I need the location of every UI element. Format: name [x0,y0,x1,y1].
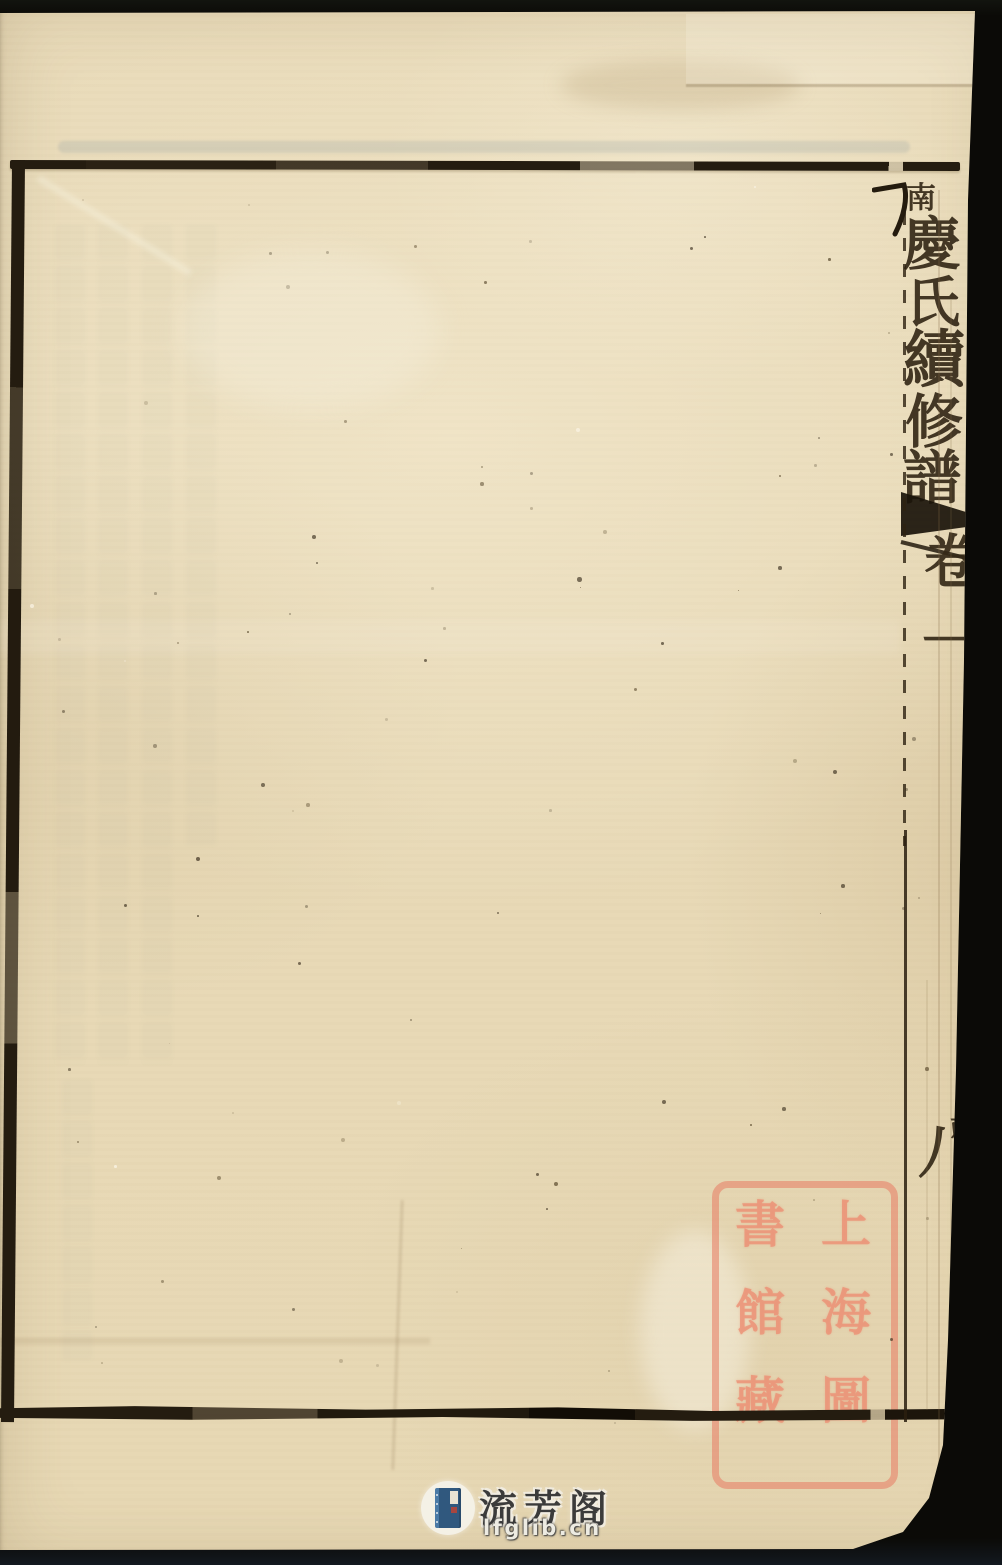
scanned-book-page: 上海圖 書館藏 南 慶 氏 續 修 譜 卷 一 卅 八 [0,0,1002,1565]
foxing-speck [580,587,581,588]
foxing-speck [424,659,427,662]
foxing-speck [292,810,294,812]
foxing-speck [306,803,310,807]
watermark-logo [421,1481,475,1535]
foxing-speck [549,809,552,812]
foxing-speck [546,1208,548,1210]
foxing-speck [778,566,782,570]
foxing-speck [484,281,487,284]
library-seal: 上海圖 書館藏 [712,1181,898,1489]
fore-edge-fold-line [950,300,952,1470]
foxing-speck [339,1359,343,1363]
foxing-speck [912,737,916,741]
foxing-speck [634,688,637,691]
foxing-speck [554,1182,558,1186]
volume-label: 卷 [924,534,982,592]
foxing-speck [818,437,820,439]
foxing-speck [101,1362,103,1364]
foxing-speck [704,236,706,238]
foxing-speck [414,245,417,248]
frame-corner-hook [872,182,914,240]
foxing-speck [603,530,607,534]
foxing-speck [217,1176,221,1180]
foxing-speck [385,718,388,721]
foxing-speck [344,420,347,423]
foxing-speck [248,204,250,206]
foxing-speck [497,912,499,914]
foxing-speck [779,475,781,477]
stitched-book-icon [435,1488,461,1528]
foxing-speck [530,472,533,475]
paper-stain [180,250,440,410]
foxing-speck [480,482,484,486]
foxing-speck [410,1019,412,1021]
foxing-speck [261,783,265,787]
bleed-through-text [62,1080,92,1360]
underlying-page-edge-line [686,84,982,87]
foxing-speck [833,770,837,774]
foxing-speck [161,1280,164,1283]
foxing-speck [114,1165,117,1168]
foxing-speck [431,587,434,590]
foxing-speck [614,1422,616,1424]
foxing-speck [608,1370,610,1372]
foxing-speck [456,1291,458,1293]
page-edge-shadow [58,141,910,153]
foxing-speck [316,562,318,564]
foxing-speck [738,590,739,591]
foxing-speck [292,1308,295,1311]
foxing-speck [341,1138,345,1142]
foxing-speck [820,913,821,914]
paper-crease [391,1200,403,1470]
paper-sheet: 上海圖 書館藏 南 慶 氏 續 修 譜 卷 一 卅 八 [0,0,1002,1565]
foxing-speck [841,884,845,888]
foxing-speck [232,1112,234,1114]
foxing-speck [312,535,316,539]
frame-left-border [1,160,25,1422]
foxing-speck [750,1124,752,1126]
underlying-page-edge [686,14,986,84]
foxing-speck [376,1364,379,1367]
foxing-speck [782,1107,786,1111]
seal-column-left: 書館藏 [713,1198,799,1472]
foxing-speck [95,1326,97,1328]
paper-stain [0,620,900,654]
foxing-speck [814,464,817,467]
foxing-speck [576,428,580,432]
foxing-speck [30,604,34,608]
foxing-speck [461,1248,462,1249]
fore-edge-fold-line [938,190,940,1480]
foxing-speck [828,258,831,261]
page-number-partial: 卅 [950,1108,984,1142]
seal-column-right: 上海圖 [799,1198,885,1472]
foxing-speck [530,507,533,510]
foxing-speck [793,759,797,763]
fore-edge-fold-line [926,980,928,1410]
book-seal-mark [451,1507,457,1513]
foxing-speck [690,247,693,250]
banxin-title-char: 續 [903,330,965,392]
foxing-speck [888,332,890,334]
foxing-speck [529,240,532,243]
foxing-speck [662,1100,666,1104]
foxing-speck [397,1101,401,1105]
foxing-speck [536,1173,539,1176]
foxing-speck [305,905,308,908]
watermark-site-url: lfglib.cn [483,1516,602,1540]
foxing-speck [481,466,483,468]
foxing-speck [68,1068,71,1071]
foxing-speck [754,186,756,188]
frame-top-border [10,160,960,171]
foxing-speck [289,613,291,615]
foxing-speck [918,897,920,899]
foxing-speck [577,577,582,582]
foxing-speck [890,453,893,456]
frame-right-border-dashed [903,186,906,846]
banxin-title-char: 修 [905,394,963,452]
foxing-speck [196,857,200,861]
foxing-speck [197,915,199,917]
foxing-speck [298,962,301,965]
frame-right-border [904,830,907,1422]
paper-crease [0,1338,430,1344]
book-title-slip [450,1491,458,1504]
